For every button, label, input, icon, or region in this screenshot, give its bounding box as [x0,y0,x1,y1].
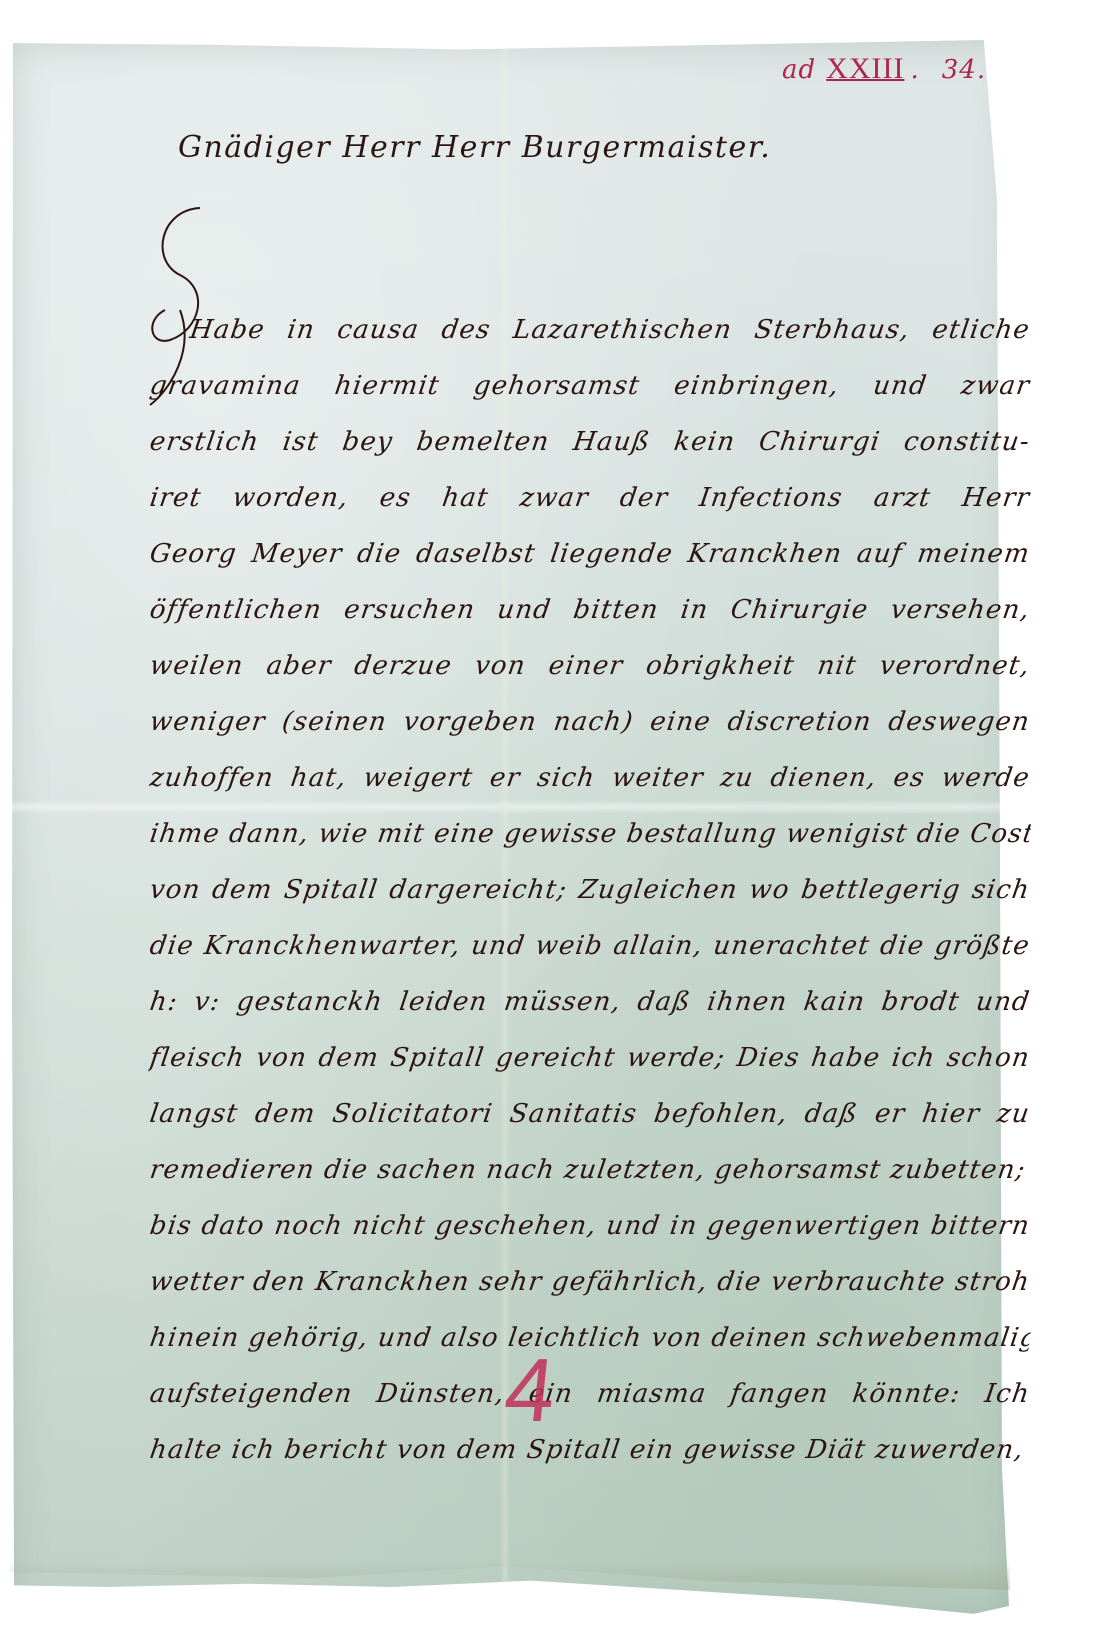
body-line: wetter den Kranckhen sehr gefährlich, di… [146,1254,1034,1310]
body-line: von dem Spitall dargereicht; Zugleichen … [146,862,1034,918]
body-line: bis dato noch nicht geschehen, und in ge… [146,1198,1034,1254]
body-line: langst dem Solicitatori Sanitatis befohl… [146,1086,1034,1142]
body-line: zuhoffen hat, weigert er sich weiter zu … [146,750,1034,806]
body-line: ihme dann, wie mit eine gewisse bestallu… [146,806,1034,862]
letter-body: Habe in causa des Lazarethischen Sterbha… [150,302,1030,1478]
body-line: die Kranckhenwarter, und weib allain, un… [146,918,1034,974]
body-line: iret worden, es hat zwar der Infections … [146,470,1034,526]
archive-reference-prefix: ad [782,55,816,85]
archive-reference-number: 34. [942,55,986,85]
body-line: erstlich ist bey bemelten Hauß kein Chir… [146,414,1034,470]
body-line: fleisch von dem Spitall gereicht werde; … [146,1030,1034,1086]
archive-reference-separator: . [910,55,919,85]
archive-reference-roman: XXIII [826,52,904,85]
body-line: weniger (seinen vorgeben nach) eine disc… [146,694,1034,750]
body-line: Habe in causa des Lazarethischen Sterbha… [146,302,1034,358]
body-line: hinein gehörig, und also leichtlich von … [146,1310,1034,1366]
archive-reference: adXXIII.34. [782,52,986,86]
body-line: gravamina hiermit gehorsamst einbringen,… [146,358,1034,414]
salutation-line: Gnädiger Herr Herr Burgermaister. [178,130,771,165]
body-line: halte ich bericht von dem Spitall ein ge… [146,1422,1034,1478]
body-line: öffentlichen ersuchen und bitten in Chir… [146,582,1034,638]
body-line: Georg Meyer die daselbst liegende Kranck… [146,526,1034,582]
body-line: h: v: gestanckh leiden müssen, daß ihnen… [146,974,1034,1030]
body-line: aufsteigenden Dünsten, ein miasma fangen… [146,1366,1034,1422]
body-line: remedieren die sachen nach zuletzten, ge… [146,1142,1034,1198]
body-line: weilen aber derzue von einer obrigkheit … [146,638,1034,694]
